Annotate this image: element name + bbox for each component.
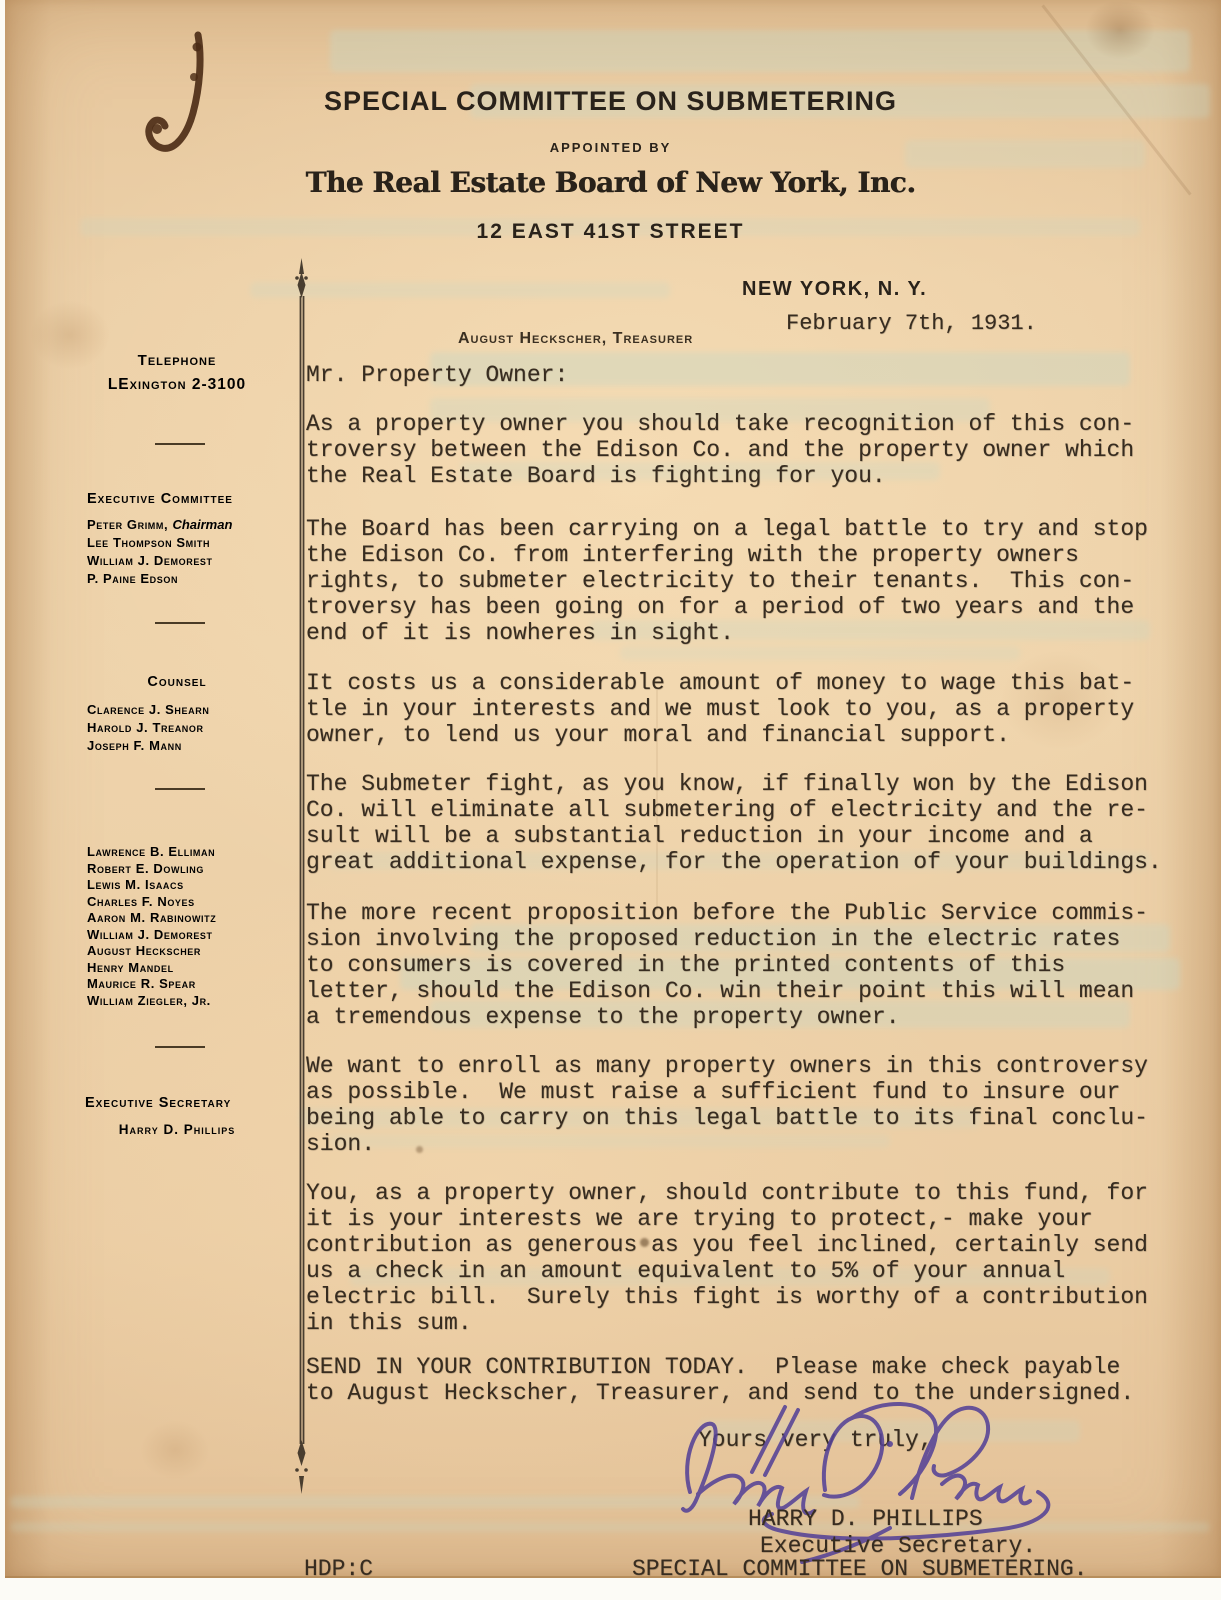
committee-member: Maurice R. Spear — [87, 976, 271, 993]
committee-member: Lawrence B. Elliman — [87, 844, 271, 861]
salutation: Mr. Property Owner: — [306, 362, 568, 388]
paragraph: The more recent proposition before the P… — [306, 900, 1148, 1030]
exec-committee-member: P. Paine Edson — [87, 570, 271, 588]
letterhead-treasurer-line: August Heckscher, Treasurer — [458, 330, 693, 348]
sidebar-exec-secretary-heading: Executive Secretary — [85, 1095, 269, 1111]
paragraph: You, as a property owner, should contrib… — [306, 1180, 1148, 1336]
counsel-member: Clarence J. Shearn — [87, 701, 271, 719]
closing: Yours very truly, — [698, 1427, 933, 1453]
sidebar-telephone-number: LExington 2-3100 — [85, 376, 269, 394]
letterhead-organization: The Real Estate Board of New York, Inc. — [0, 166, 1221, 199]
letterhead-city: NEW YORK, N. Y. — [742, 278, 927, 301]
paragraph: It costs us a considerable amount of mon… — [306, 670, 1134, 748]
committee-member: Charles F. Noyes — [87, 894, 271, 911]
signer-org: SPECIAL COMMITTEE ON SUBMETERING. — [632, 1556, 1087, 1582]
counsel-member: Joseph F. Mann — [87, 737, 271, 755]
sidebar-divider — [155, 1046, 205, 1048]
committee-member: William J. Demorest — [87, 927, 271, 944]
sidebar-chairman-row: Peter Grimm, Chairman — [87, 516, 271, 534]
sidebar-divider — [155, 788, 205, 790]
paragraph: SEND IN YOUR CONTRIBUTION TODAY. Please … — [306, 1354, 1134, 1406]
exec-committee-member: William J. Demorest — [87, 552, 271, 570]
paragraph: The Submeter fight, as you know, if fina… — [306, 771, 1162, 875]
sidebar-exec-committee-heading: Executive Committee — [87, 491, 271, 507]
letterhead-title: SPECIAL COMMITTEE ON SUBMETERING — [0, 86, 1221, 117]
sidebar-exec-secretary-name: Harry D. Phillips — [85, 1122, 269, 1137]
exec-committee-member: Lee Thompson Smith — [87, 534, 271, 552]
signer-name: HARRY D. PHILLIPS — [748, 1506, 983, 1532]
letterhead-appointed-by: APPOINTED BY — [0, 140, 1221, 155]
scanned-letter-page: SPECIAL COMMITTEE ON SUBMETERING APPOINT… — [0, 0, 1221, 1600]
sidebar-telephone-label: Telephone — [85, 352, 269, 369]
paragraph: The Board has been carrying on a legal b… — [306, 516, 1148, 646]
committee-member: William Ziegler, Jr. — [87, 993, 271, 1010]
sidebar-divider — [155, 443, 205, 445]
paragraph: As a property owner you should take reco… — [306, 411, 1134, 489]
sidebar-counsel-heading: Counsel — [85, 674, 269, 690]
committee-member: August Heckscher — [87, 943, 271, 960]
committee-member: Henry Mandel — [87, 960, 271, 977]
committee-member: Robert E. Dowling — [87, 861, 271, 878]
letterhead-address: 12 EAST 41ST STREET — [0, 220, 1221, 244]
sidebar-divider — [155, 622, 205, 624]
chairman-name: Peter Grimm, — [87, 517, 168, 532]
paragraph: We want to enroll as many property owner… — [306, 1053, 1148, 1157]
reference-initials: HDP:C — [304, 1556, 373, 1582]
committee-member: Lewis M. Isaacs — [87, 877, 271, 894]
counsel-member: Harold J. Treanor — [87, 719, 271, 737]
letter-date: February 7th, 1931. — [786, 311, 1037, 337]
committee-member: Aaron M. Rabinowitz — [87, 910, 271, 927]
chairman-title: Chairman — [172, 517, 232, 532]
